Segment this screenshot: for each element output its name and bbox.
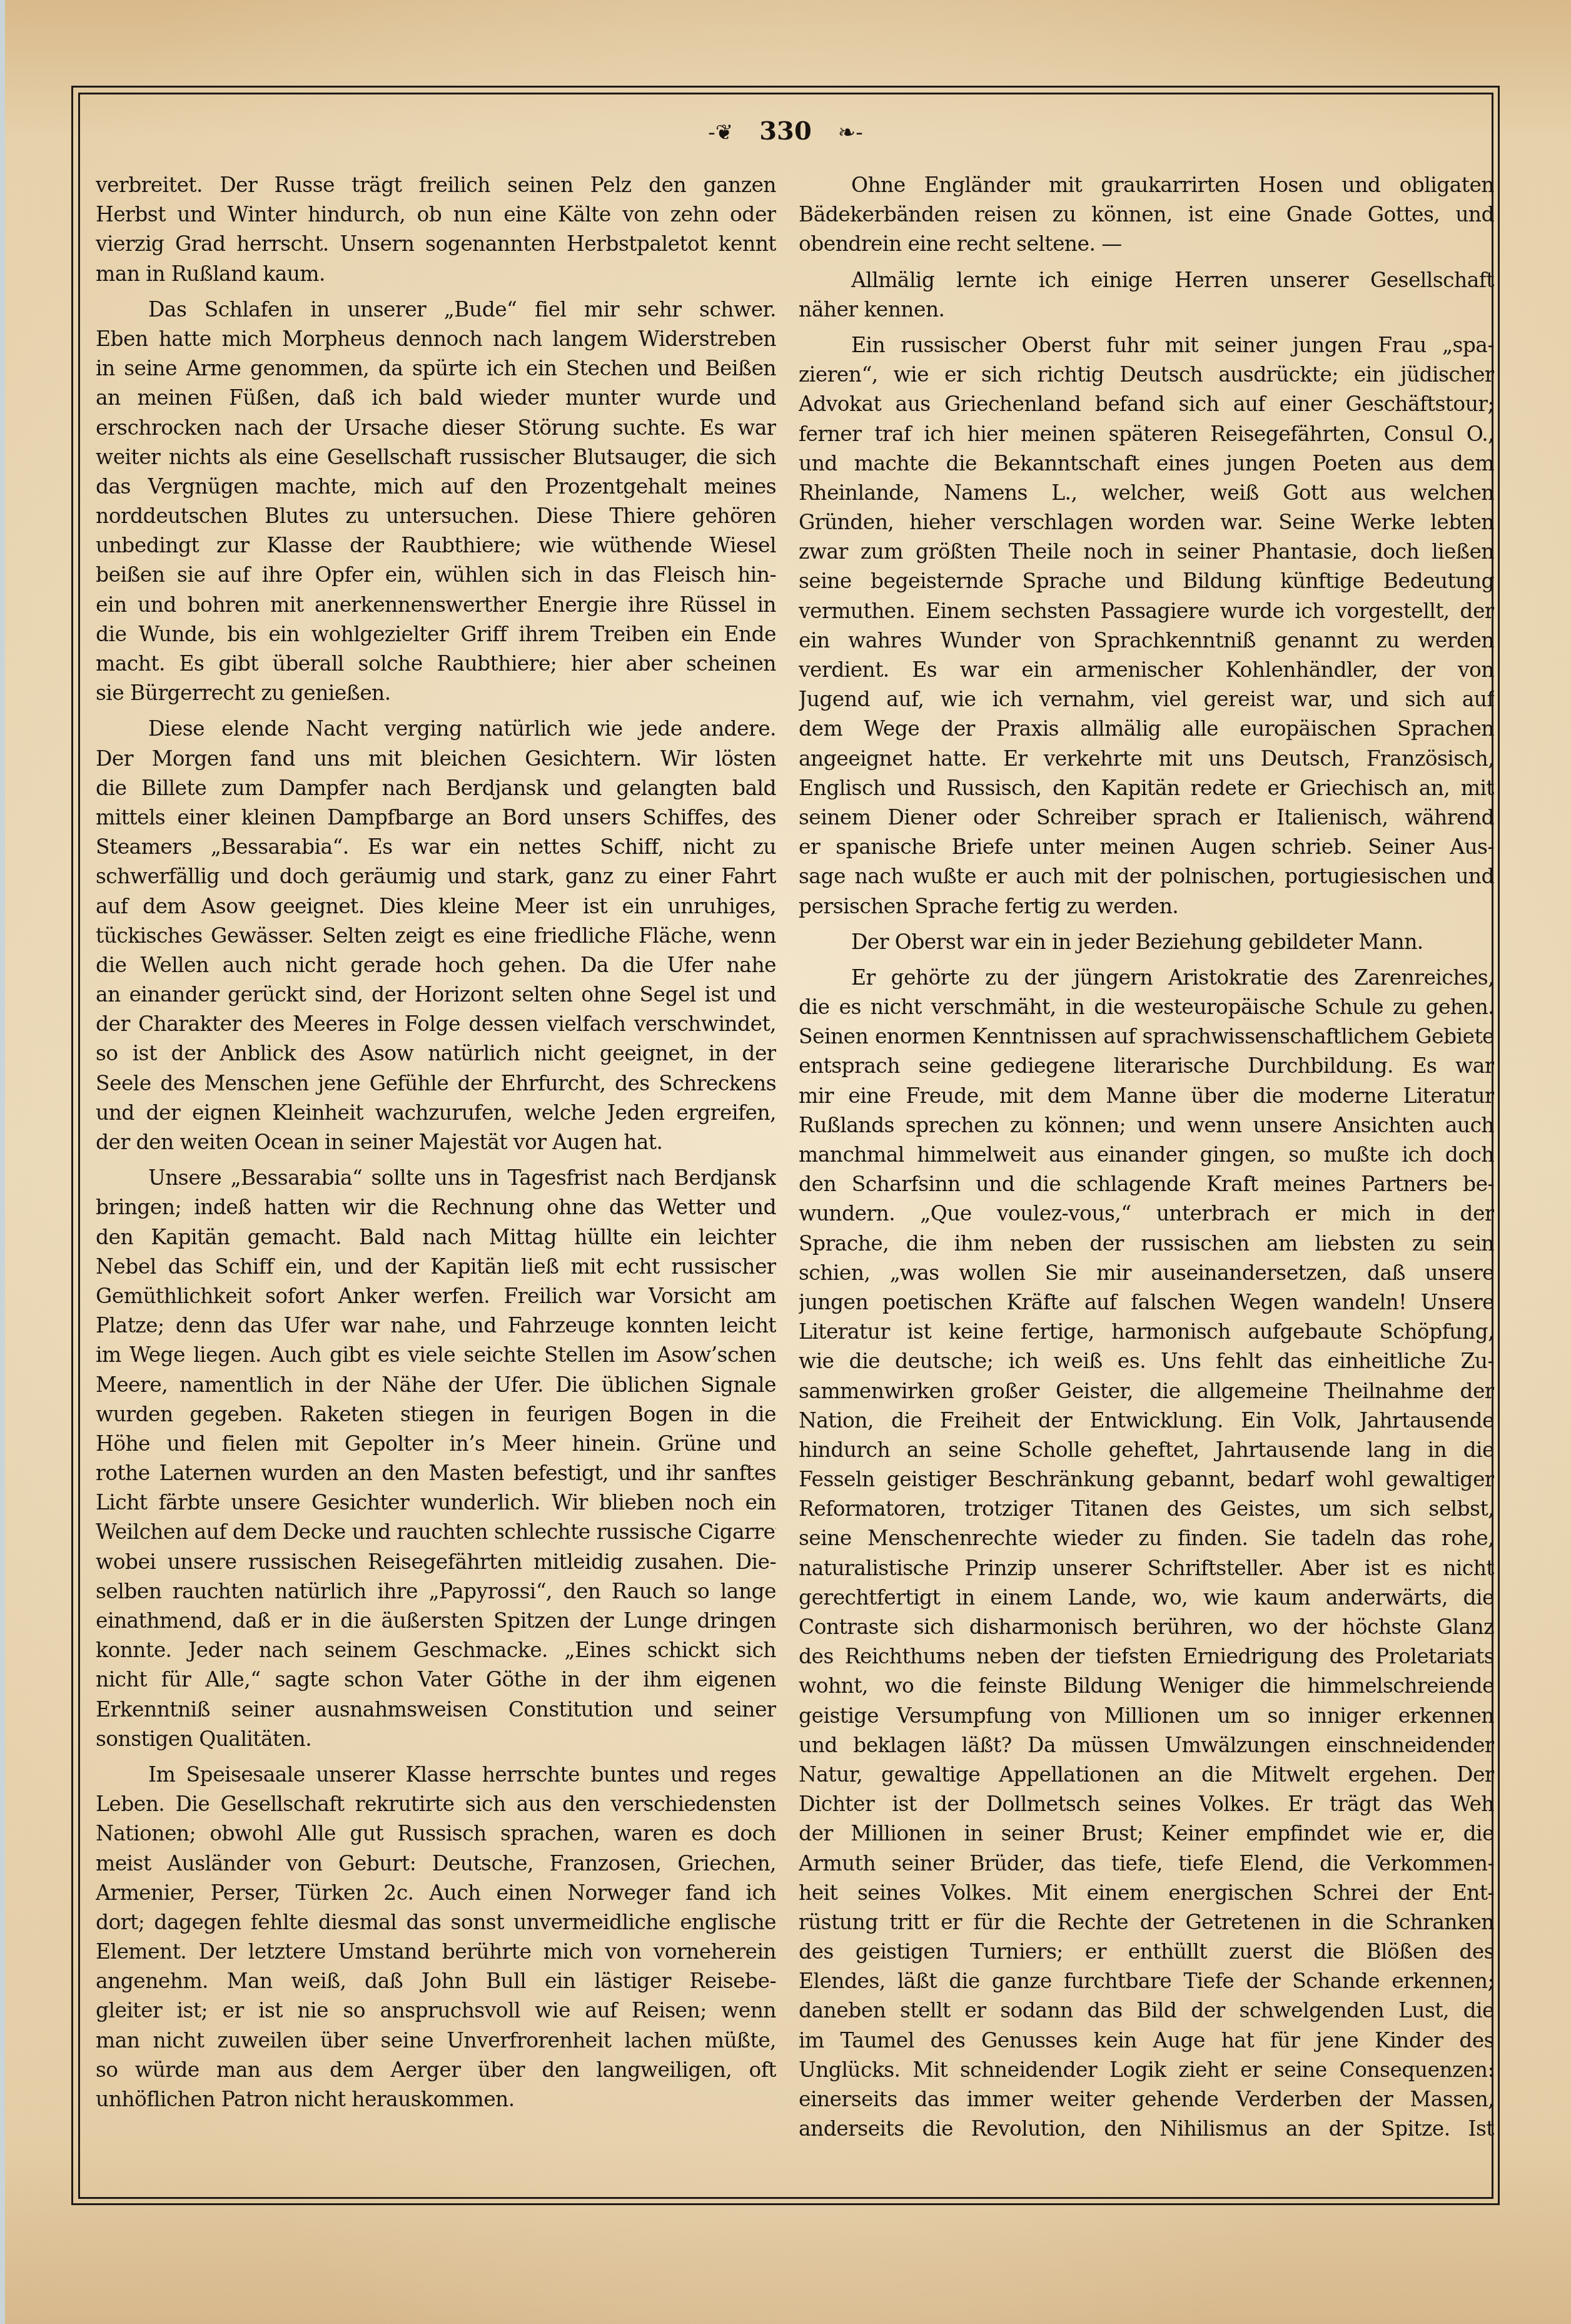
paragraph: Allmälig lernte ich einige Herren unsere… <box>799 265 1494 324</box>
text-line: Er gehörte zu der jüngern Aristokratie d… <box>799 963 1494 992</box>
left-column: verbreitet. Der Russe trägt freilich sei… <box>96 170 776 2114</box>
paragraph-gap <box>96 1753 776 1760</box>
text-line: Unglücks. Mit schneidender Logik zieht e… <box>799 2055 1494 2084</box>
text-line: an einander gerückt sind, der Horizont s… <box>96 980 776 1009</box>
text-line: Allmälig lernte ich einige Herren unsere… <box>799 265 1494 295</box>
text-line: Jugend auf, wie ich vernahm, viel gereis… <box>799 684 1494 714</box>
text-line: nicht für Alle,“ sagte schon Vater Göthe… <box>96 1665 776 1694</box>
text-line: verbreitet. Der Russe trägt freilich sei… <box>96 170 776 200</box>
paragraph-gap <box>799 921 1494 927</box>
text-line: Natur, gewaltige Appellationen an die Mi… <box>799 1760 1494 1789</box>
text-line: entsprach seine gediegene literarische D… <box>799 1051 1494 1080</box>
text-line: Gründen, hieher verschlagen worden war. … <box>799 507 1494 537</box>
text-line: Literatur ist keine fertige, harmonisch … <box>799 1317 1494 1346</box>
paragraph: Ohne Engländer mit graukarrirten Hosen u… <box>799 170 1494 259</box>
text-line: Nation, die Freiheit der Entwicklung. Ei… <box>799 1406 1494 1435</box>
text-line: ein wahres Wunder von Sprachkenntniß gen… <box>799 626 1494 655</box>
text-line: Meere, namentlich in der Nähe der Ufer. … <box>96 1370 776 1399</box>
text-line: so würde man aus dem Aerger über den lan… <box>96 2055 776 2084</box>
right-column: Ohne Engländer mit graukarrirten Hosen u… <box>799 170 1494 2143</box>
text-line: Erkenntniß seiner ausnahmsweisen Constit… <box>96 1695 776 1724</box>
text-line: angenehm. Man weiß, daß John Bull ein lä… <box>96 1966 776 1996</box>
paragraph: Ein russischer Oberst fuhr mit seiner ju… <box>799 330 1494 921</box>
text-line: Ohne Engländer mit graukarrirten Hosen u… <box>799 170 1494 200</box>
text-line: Ein russischer Oberst fuhr mit seiner ju… <box>799 330 1494 360</box>
text-line: tückisches Gewässer. Selten zeigt es ein… <box>96 921 776 950</box>
text-line: den Kapitän gemacht. Bald nach Mittag hü… <box>96 1222 776 1252</box>
text-line: und der eignen Kleinheit wachzurufen, we… <box>96 1098 776 1127</box>
text-line: vierzig Grad herrscht. Unsern sogenannte… <box>96 229 776 258</box>
text-line: die Wunde, bis ein wohlgezielter Griff i… <box>96 619 776 649</box>
text-line: den Scharfsinn und die schlagende Kraft … <box>799 1169 1494 1199</box>
text-line: Contraste sich disharmonisch berühren, w… <box>799 1612 1494 1642</box>
text-line: Seinen enormen Kenntnissen auf sprachwis… <box>799 1022 1494 1051</box>
text-line: Steamers „Bessarabia“. Es war ein nettes… <box>96 832 776 861</box>
text-line: rothe Laternen wurden an den Masten befe… <box>96 1458 776 1488</box>
text-line: schwerfällig und doch geräumig und stark… <box>96 861 776 891</box>
text-line: schien, „was wollen Sie mir auseinanders… <box>799 1258 1494 1287</box>
text-line: vermuthen. Einem sechsten Passagiere wur… <box>799 596 1494 626</box>
text-line: Dichter ist der Dollmetsch seines Volkes… <box>799 1789 1494 1819</box>
text-line: Das Schlafen in unserer „Bude“ fiel mir … <box>96 295 776 324</box>
text-line: Englisch und Russisch, den Kapitän redet… <box>799 773 1494 803</box>
text-line: man nicht zuweilen über seine Unverfrore… <box>96 2026 776 2055</box>
paragraph-gap <box>96 708 776 714</box>
text-line: verdient. Es war ein armenischer Kohlenh… <box>799 655 1494 684</box>
text-line: ferner traf ich hier meinen späteren Rei… <box>799 419 1494 449</box>
page-header: -❦ 330 ❧- <box>0 114 1571 150</box>
text-line: er spanische Briefe unter meinen Augen s… <box>799 832 1494 861</box>
text-line: selben rauchten natürlich ihre „Papyross… <box>96 1576 776 1606</box>
text-line: Sprache, die ihm neben der russischen am… <box>799 1229 1494 1258</box>
text-line: Element. Der letztere Umstand berührte m… <box>96 1937 776 1966</box>
text-line: naturalistische Prinzip unserer Schrifts… <box>799 1553 1494 1583</box>
text-line: Höhe und fielen mit Gepolter in’s Meer h… <box>96 1429 776 1458</box>
fleuron-right-icon: ❧- <box>821 120 881 145</box>
text-line: Der Morgen fand uns mit bleichen Gesicht… <box>96 744 776 773</box>
text-line: daneben stellt er sodann das Bild der sc… <box>799 1996 1494 2025</box>
text-line: ein und bohren mit anerkennenswerther En… <box>96 590 776 619</box>
text-line: Rußlands sprechen zu können; und wenn un… <box>799 1110 1494 1140</box>
text-line: Seele des Menschen jene Gefühle der Ehrf… <box>96 1068 776 1098</box>
text-line: geistige Versumpfung von Millionen um so… <box>799 1701 1494 1730</box>
paragraph-gap <box>799 259 1494 265</box>
text-line: dem Wege der Praxis allmälig alle europä… <box>799 714 1494 743</box>
text-line: meist Ausländer von Geburt: Deutsche, Fr… <box>96 1849 776 1878</box>
text-line: Licht färbte unsere Gesichter wunderlich… <box>96 1488 776 1517</box>
text-line: seinem Diener oder Schreiber sprach er I… <box>799 803 1494 832</box>
text-line: Eben hatte mich Morpheus dennoch nach la… <box>96 324 776 353</box>
text-line: rüstung tritt er für die Rechte der Getr… <box>799 1907 1494 1937</box>
text-line: zwar zum größten Theile noch in seiner P… <box>799 537 1494 566</box>
text-line: Elendes, läßt die ganze furchtbare Tiefe… <box>799 1966 1494 1996</box>
text-line: gleiter ist; er ist nie so anspruchsvoll… <box>96 1996 776 2025</box>
paragraph-gap <box>799 324 1494 330</box>
text-line: mittels einer kleinen Dampfbarge an Bord… <box>96 803 776 832</box>
paragraph: Unsere „Bessarabia“ sollte uns in Tagesf… <box>96 1163 776 1753</box>
paragraph-gap <box>96 288 776 295</box>
text-line: mir eine Freude, mit dem Manne über die … <box>799 1081 1494 1110</box>
paragraph-gap <box>799 956 1494 963</box>
text-line: näher kennen. <box>799 295 1494 324</box>
text-line: persischen Sprache fertig zu werden. <box>799 891 1494 921</box>
text-line: sonstigen Qualitäten. <box>96 1724 776 1753</box>
text-line: im Taumel des Genusses kein Auge hat für… <box>799 2026 1494 2055</box>
paragraph: Im Speisesaale unserer Klasse herrschte … <box>96 1760 776 2114</box>
text-line: der Charakter des Meeres in Folge dessen… <box>96 1009 776 1038</box>
text-line: und beklagen läßt? Da müssen Umwälzungen… <box>799 1730 1494 1760</box>
paragraph: Diese elende Nacht verging natürlich wie… <box>96 714 776 1157</box>
text-line: wohnt, wo die feinste Bildung Weniger di… <box>799 1671 1494 1700</box>
text-line: das Vergnügen machte, mich auf den Proze… <box>96 472 776 501</box>
text-line: seine Menschenrechte wieder zu finden. S… <box>799 1523 1494 1553</box>
text-line: angeeignet hatte. Er verkehrte mit uns D… <box>799 744 1494 773</box>
text-line: wie die deutsche; ich weiß es. Uns fehlt… <box>799 1346 1494 1376</box>
text-line: Im Speisesaale unserer Klasse herrschte … <box>96 1760 776 1789</box>
text-line: Leben. Die Gesellschaft rekrutirte sich … <box>96 1789 776 1819</box>
text-line: sie Bürgerrecht zu genießen. <box>96 678 776 708</box>
text-line: bringen; indeß hatten wir die Rechnung o… <box>96 1192 776 1222</box>
text-line: Herbst und Winter hindurch, ob nun eine … <box>96 200 776 229</box>
text-line: Armuth seiner Brüder, das tiefe, tiefe E… <box>799 1849 1494 1878</box>
text-line: konnte. Jeder nach seinem Geschmacke. „E… <box>96 1635 776 1665</box>
text-line: an meinen Füßen, daß ich bald wieder mun… <box>96 383 776 412</box>
text-line: erschrocken nach der Ursache dieser Stör… <box>96 413 776 442</box>
text-line: unbedingt zur Klasse der Raubthiere; wie… <box>96 530 776 560</box>
text-line: dort; dagegen fehlte diesmal das sonst u… <box>96 1907 776 1937</box>
text-line: jungen poetischen Kräfte auf falschen We… <box>799 1287 1494 1317</box>
text-line: seine begeisternde Sprache und Bildung k… <box>799 566 1494 596</box>
text-line: Gemüthlichkeit sofort Anker werfen. Frei… <box>96 1281 776 1311</box>
text-line: die Billete zum Dampfer nach Berdjansk u… <box>96 773 776 803</box>
text-line: norddeutschen Blutes zu untersuchen. Die… <box>96 501 776 530</box>
text-line: zieren“, wie er sich richtig Deutsch aus… <box>799 360 1494 389</box>
text-line: weiter nichts als eine Gesellschaft russ… <box>96 442 776 472</box>
paragraph: Er gehörte zu der jüngern Aristokratie d… <box>799 963 1494 2144</box>
text-line: auf dem Asow geeignet. Dies kleine Meer … <box>96 891 776 921</box>
text-line: Rheinlande, Namens L., welcher, weiß Got… <box>799 478 1494 507</box>
text-line: Weilchen auf dem Decke und rauchten schl… <box>96 1517 776 1546</box>
text-line: Armenier, Perser, Türken 2c. Auch einen … <box>96 1878 776 1907</box>
text-line: Nationen; obwohl Alle gut Russisch sprac… <box>96 1819 776 1848</box>
text-line: Fesseln geistiger Beschränkung gebannt, … <box>799 1464 1494 1494</box>
text-line: der den weiten Ocean in seiner Majestät … <box>96 1127 776 1157</box>
text-line: Bädekerbänden reisen zu können, ist eine… <box>799 200 1494 229</box>
text-line: unhöflichen Patron nicht herauskommen. <box>96 2084 776 2114</box>
text-line: einathmend, daß er in die äußersten Spit… <box>96 1606 776 1635</box>
text-line: beißen sie auf ihre Opfer ein, wühlen si… <box>96 560 776 589</box>
text-line: einerseits das immer weiter gehende Verd… <box>799 2084 1494 2114</box>
text-line: Nebel das Schiff ein, und der Kapitän li… <box>96 1252 776 1281</box>
paragraph: Der Oberst war ein in jeder Beziehung ge… <box>799 927 1494 956</box>
text-line: hindurch an seine Scholle geheftet, Jahr… <box>799 1435 1494 1464</box>
text-line: Reformatoren, trotziger Titanen des Geis… <box>799 1494 1494 1523</box>
paper-edge <box>0 0 5 2324</box>
page-number: 330 <box>759 116 812 146</box>
paragraph-gap <box>96 1157 776 1163</box>
text-line: Diese elende Nacht verging natürlich wie… <box>96 714 776 743</box>
text-line: Der Oberst war ein in jeder Beziehung ge… <box>799 927 1494 956</box>
text-line: der Millionen in seiner Brust; Keiner em… <box>799 1819 1494 1848</box>
text-line: in seine Arme genommen, da spürte ich ei… <box>96 353 776 383</box>
text-line: man in Rußland kaum. <box>96 259 776 288</box>
text-line: die Wellen auch nicht gerade hoch gehen.… <box>96 950 776 980</box>
text-line: die es nicht verschmäht, in die westeuro… <box>799 992 1494 1022</box>
paragraph: Das Schlafen in unserer „Bude“ fiel mir … <box>96 295 776 708</box>
text-line: Unsere „Bessarabia“ sollte uns in Tagesf… <box>96 1163 776 1192</box>
text-line: und machte die Bekanntschaft eines junge… <box>799 449 1494 478</box>
text-line: heit seines Volkes. Mit einem energische… <box>799 1878 1494 1907</box>
text-line: des geistigen Turniers; er enthüllt zuer… <box>799 1937 1494 1966</box>
text-line: im Wege liegen. Auch gibt es viele seich… <box>96 1340 776 1369</box>
fleuron-left-icon: -❦ <box>690 120 750 145</box>
text-line: obendrein eine recht seltene. — <box>799 229 1494 258</box>
text-line: Platze; denn das Ufer war nahe, und Fahr… <box>96 1311 776 1340</box>
text-line: sammenwirken großer Geister, die allgeme… <box>799 1376 1494 1406</box>
text-line: wurden gegeben. Raketen stiegen in feuri… <box>96 1399 776 1429</box>
text-line: des Reichthums neben der tiefsten Ernied… <box>799 1642 1494 1671</box>
text-line: anderseits die Revolution, den Nihilismu… <box>799 2114 1494 2143</box>
text-line: gerechtfertigt in einem Lande, wo, wie k… <box>799 1583 1494 1612</box>
text-line: Advokat aus Griechenland befand sich auf… <box>799 389 1494 419</box>
text-line: wundern. „Que voulez-vous,“ unterbrach e… <box>799 1199 1494 1228</box>
text-line: wobei unsere russischen Reisegefährten m… <box>96 1547 776 1576</box>
text-line: manchmal himmelweit aus einander gingen,… <box>799 1140 1494 1169</box>
text-line: macht. Es gibt überall solche Raubthiere… <box>96 649 776 678</box>
text-line: so ist der Anblick des Asow natürlich ni… <box>96 1038 776 1068</box>
paragraph: verbreitet. Der Russe trägt freilich sei… <box>96 170 776 288</box>
text-line: sage nach wußte er auch mit der polnisch… <box>799 861 1494 891</box>
